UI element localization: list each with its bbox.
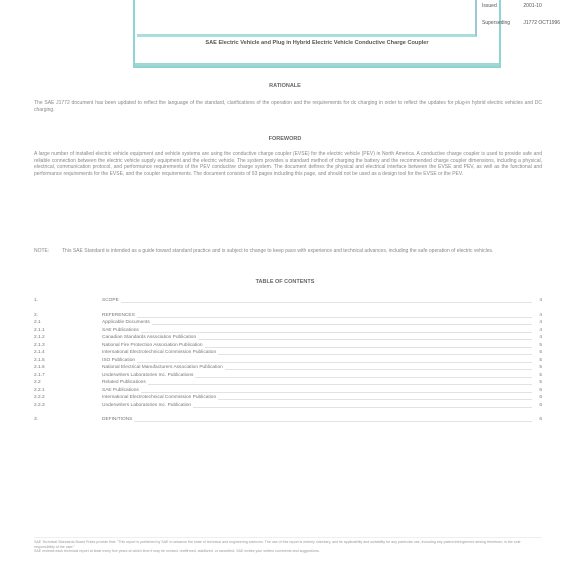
toc-entry[interactable]: 2.1Applicable Documents4 bbox=[34, 320, 542, 328]
toc-entry-page: 5 bbox=[539, 358, 542, 363]
toc-entry-number: 2.1.5 bbox=[34, 358, 45, 363]
note-label: NOTE: bbox=[34, 248, 49, 255]
toc-entry[interactable]: 1.SCOPE4 bbox=[34, 298, 542, 306]
toc-entry-page: 6 bbox=[539, 403, 542, 408]
toc-entry-number: 2.2.2 bbox=[34, 395, 45, 400]
issue-info: Issued 2001-10 Superseding J1772 OCT1996 bbox=[475, 0, 570, 36]
toc-entry-page: 6 bbox=[539, 417, 542, 422]
document-title: SAE Electric Vehicle and Plug in Hybrid … bbox=[139, 40, 495, 46]
toc-leader bbox=[102, 317, 532, 318]
toc-leader bbox=[102, 324, 532, 325]
toc-entry-label: Underwriters Laboratories Inc. Publicati… bbox=[102, 373, 195, 378]
toc-leader bbox=[102, 362, 532, 363]
foreword-text: A large number of installed electric veh… bbox=[34, 151, 542, 178]
toc-entry[interactable]: 2.1.3National Fire Protection Associatio… bbox=[34, 343, 542, 351]
toc-entry-number: 2.1.3 bbox=[34, 343, 45, 348]
toc-entry[interactable]: 2.1.4International Electrotechnical Comm… bbox=[34, 350, 542, 358]
toc-entry-number: 2.2 bbox=[34, 380, 41, 385]
toc-entry-label: Canadian Standards Association Publicati… bbox=[102, 335, 198, 340]
issued-value: 2001-10 bbox=[523, 3, 541, 9]
header-bottom-rule bbox=[135, 63, 499, 66]
superseding-label: Superseding bbox=[482, 20, 522, 26]
toc-entry[interactable]: 2.2.1SAE Publications6 bbox=[34, 388, 542, 396]
toc-entry-label: ISO Publication bbox=[102, 358, 137, 363]
toc-entry-label: Underwriters Laboratories Inc. Publicati… bbox=[102, 403, 193, 408]
toc-entry[interactable]: 3.DEFINITIONS6 bbox=[34, 417, 542, 425]
toc-entry[interactable]: 2.1.2Canadian Standards Association Publ… bbox=[34, 335, 542, 343]
toc-entry[interactable]: 2.1.6National Electrical Manufacturers A… bbox=[34, 365, 542, 373]
logo-area bbox=[137, 0, 477, 37]
issued-row: Issued 2001-10 bbox=[482, 3, 542, 9]
toc-entry[interactable]: 2.1.5ISO Publication5 bbox=[34, 358, 542, 366]
toc-entry-number: 2.1.6 bbox=[34, 365, 45, 370]
toc-entry-label: International Electrotechnical Commissio… bbox=[102, 395, 218, 400]
toc-entry-page: 4 bbox=[539, 335, 542, 340]
toc-entry-label: National Fire Protection Association Pub… bbox=[102, 343, 205, 348]
note-text: This SAE Standard is intended as a guide… bbox=[62, 248, 542, 255]
toc-spacer bbox=[34, 306, 542, 313]
toc-entry-number: 2.1.4 bbox=[34, 350, 45, 355]
toc-leader bbox=[102, 384, 532, 385]
toc-entry[interactable]: 2.REFERENCES4 bbox=[34, 313, 542, 321]
toc-entry-page: 5 bbox=[539, 365, 542, 370]
toc-entry[interactable]: 2.2.3Underwriters Laboratories Inc. Publ… bbox=[34, 403, 542, 411]
toc-entry-number: 2.1.1 bbox=[34, 328, 45, 333]
toc-entry-page: 5 bbox=[539, 373, 542, 378]
toc-entry-label: REFERENCES bbox=[102, 313, 137, 318]
rationale-heading: RATIONALE bbox=[0, 83, 570, 89]
toc-entry[interactable]: 2.2.2International Electrotechnical Comm… bbox=[34, 395, 542, 403]
table-of-contents: 1.SCOPE42.REFERENCES42.1Applicable Docum… bbox=[34, 298, 542, 425]
toc-entry-label: SCOPE bbox=[102, 298, 121, 303]
toc-entry-page: 5 bbox=[539, 350, 542, 355]
toc-entry-page: 4 bbox=[539, 320, 542, 325]
toc-entry-number: 3. bbox=[34, 417, 38, 422]
toc-entry-page: 4 bbox=[539, 313, 542, 318]
issued-label: Issued bbox=[482, 3, 522, 9]
superseding-row: Superseding J1772 OCT1996 bbox=[482, 20, 560, 26]
toc-heading: TABLE OF CONTENTS bbox=[0, 279, 570, 285]
toc-entry[interactable]: 2.2Related Publications5 bbox=[34, 380, 542, 388]
toc-entry-label: International Electrotechnical Commissio… bbox=[102, 350, 218, 355]
toc-entry[interactable]: 2.1.7Underwriters Laboratories Inc. Publ… bbox=[34, 373, 542, 381]
toc-entry-number: 1. bbox=[34, 298, 38, 303]
document-header: Issued 2001-10 Superseding J1772 OCT1996… bbox=[133, 0, 501, 68]
toc-entry-page: 5 bbox=[539, 380, 542, 385]
toc-spacer bbox=[34, 410, 542, 417]
toc-entry-label: SAE Publications bbox=[102, 388, 141, 393]
footer-line-2: SAE reviews each technical report at lea… bbox=[34, 549, 542, 554]
toc-entry-number: 2.1.7 bbox=[34, 373, 45, 378]
toc-entry-number: 2.2.1 bbox=[34, 388, 45, 393]
toc-entry-page: 4 bbox=[539, 298, 542, 303]
note-block: NOTE: This SAE Standard is intended as a… bbox=[34, 248, 542, 255]
toc-leader bbox=[102, 421, 532, 422]
toc-leader bbox=[102, 302, 532, 303]
toc-entry-label: Applicable Documents bbox=[102, 320, 152, 325]
toc-entry[interactable]: 2.1.1SAE Publications4 bbox=[34, 328, 542, 336]
toc-entry-number: 2.1 bbox=[34, 320, 41, 325]
toc-entry-page: 6 bbox=[539, 395, 542, 400]
rationale-text: The SAE J1772 document has been updated … bbox=[34, 100, 542, 113]
toc-entry-page: 5 bbox=[539, 343, 542, 348]
toc-leader bbox=[102, 392, 532, 393]
toc-entry-number: 2.1.2 bbox=[34, 335, 45, 340]
toc-entry-label: DEFINITIONS bbox=[102, 417, 134, 422]
toc-entry-label: National Electrical Manufacturers Associ… bbox=[102, 365, 225, 370]
footer-line-1: SAE Technical Standards Board Rules prov… bbox=[34, 540, 542, 549]
foreword-heading: FOREWORD bbox=[0, 136, 570, 142]
footer-notice: SAE Technical Standards Board Rules prov… bbox=[34, 540, 542, 554]
toc-entry-label: SAE Publications bbox=[102, 328, 141, 333]
toc-entry-number: 2. bbox=[34, 313, 38, 318]
toc-entry-page: 4 bbox=[539, 328, 542, 333]
footer-divider bbox=[34, 537, 542, 538]
toc-entry-page: 6 bbox=[539, 388, 542, 393]
toc-leader bbox=[102, 332, 532, 333]
toc-entry-number: 2.2.3 bbox=[34, 403, 45, 408]
superseding-value: J1772 OCT1996 bbox=[523, 20, 560, 26]
toc-entry-label: Related Publications bbox=[102, 380, 148, 385]
